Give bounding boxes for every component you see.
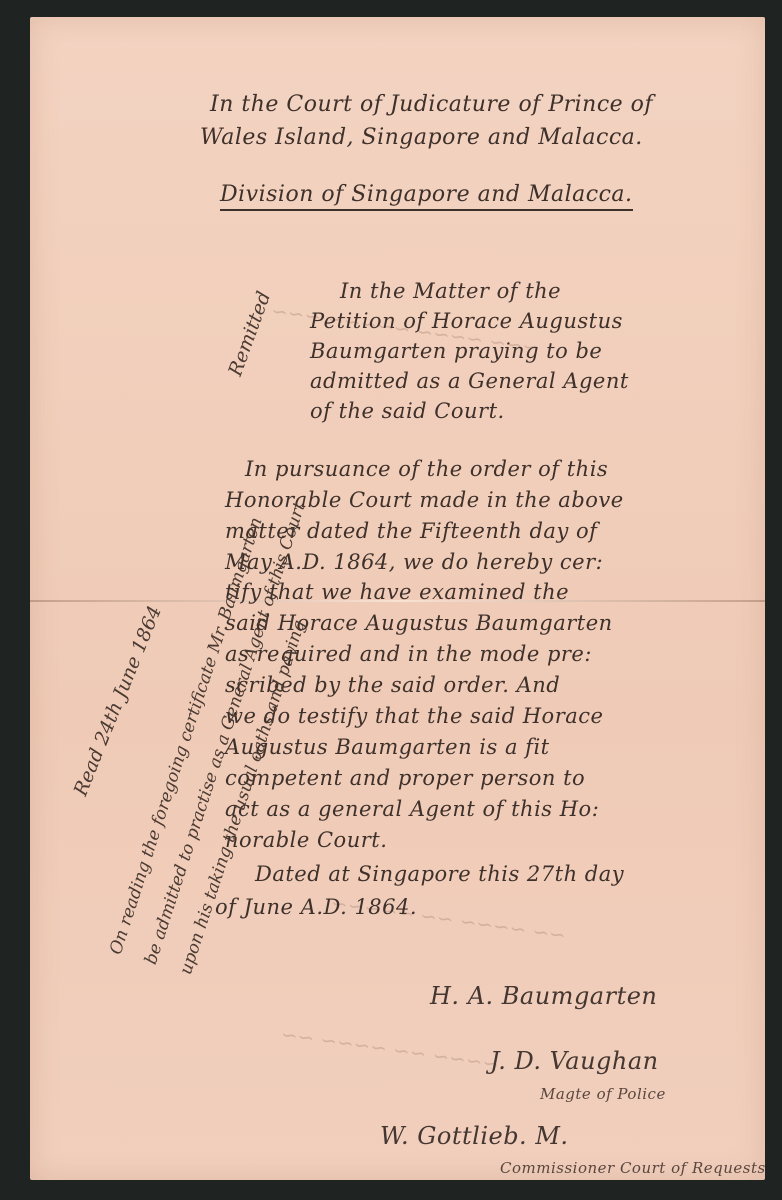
matter-line: In the Matter of the [340, 279, 561, 303]
body-line: Augustus Baumgarten is a fit [225, 735, 550, 759]
division-heading: Division of Singapore and Malacca. [220, 182, 633, 211]
signature-vaughan: J. D. Vaughan [490, 1047, 659, 1075]
dated-line: Dated at Singapore this 27th day [255, 862, 624, 886]
matter-line: Petition of Horace Augustus [310, 309, 623, 333]
document-page: ~~~ ~~~~ ~~~~~ ~~~ ~~ ~~~~ ~~ ~~~~~ ~~~~… [30, 17, 765, 1180]
matter-line: of the said Court. [310, 399, 505, 423]
body-line: said Horace Augustus Baumgarten [225, 611, 613, 635]
body-line: norable Court. [225, 828, 387, 852]
signature-title: Commissioner Court of Requests [500, 1159, 766, 1177]
margin-note: Read 24th June 1864 [70, 603, 166, 799]
body-line: In pursuance of the order of this [245, 457, 608, 481]
body-line: competent and proper person to [225, 766, 585, 790]
margin-note: Remitted [224, 288, 275, 379]
signature-gottlieb: W. Gottlieb. M. [380, 1122, 569, 1150]
matter-line: admitted as a General Agent [310, 369, 629, 393]
signature-title: Magte of Police [540, 1085, 666, 1103]
dated-line: of June A.D. 1864. [215, 895, 417, 919]
body-line: Honorable Court made in the above [225, 488, 624, 512]
signature-baumgarten: H. A. Baumgarten [430, 982, 657, 1010]
bleed-through-text: ~~~~ ~~ ~~~~ ~~ [279, 1022, 500, 1076]
body-line: act as a general Agent of this Ho: [225, 797, 599, 821]
matter-line: Baumgarten praying to be [310, 339, 602, 363]
court-heading-line2: Wales Island, Singapore and Malacca. [200, 125, 643, 150]
court-heading-line1: In the Court of Judicature of Prince of [210, 92, 653, 117]
